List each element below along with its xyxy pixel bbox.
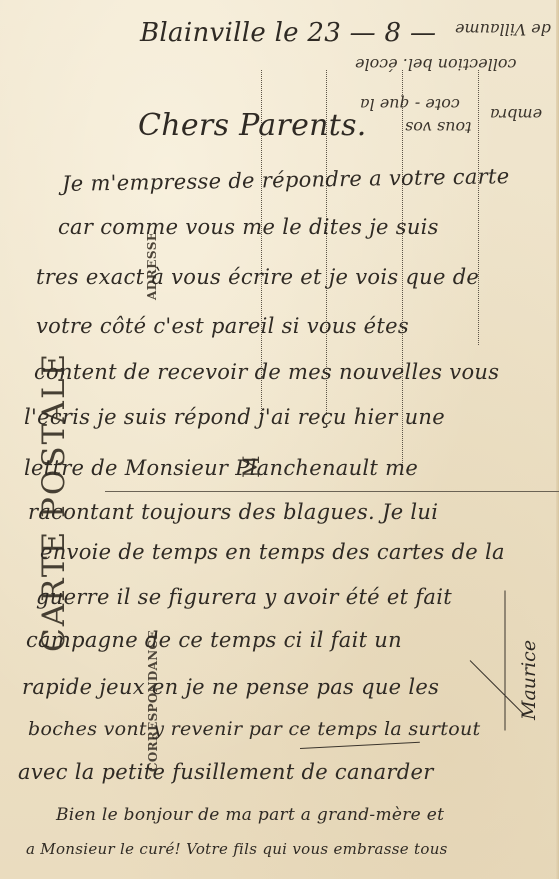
letter-line: l'ecris je suis répond j'ai reçu hier un… bbox=[24, 405, 445, 429]
letter-line: votre côté c'est pareil si vous étes bbox=[36, 314, 409, 338]
upside-down-note: tous vos bbox=[405, 118, 472, 137]
letter-line: rapide jeux en je ne pense pas que les bbox=[22, 675, 439, 699]
letter-line: guerre il se figurera y avoir été et fai… bbox=[36, 585, 452, 609]
letter-line: Bien le bonjour de ma part a grand-mère … bbox=[56, 805, 444, 825]
letter-line: campagne de ce temps ci il fait un bbox=[26, 628, 402, 652]
letter-line: car comme vous me le dites je suis bbox=[58, 215, 439, 239]
margin-signature: Maurice bbox=[518, 640, 540, 720]
letter-line: content de recevoir de mes nouvelles vou… bbox=[34, 360, 499, 384]
upside-down-note: cote - que la bbox=[360, 95, 460, 114]
place-date: Blainville le 23 — 8 — bbox=[140, 18, 436, 48]
horizontal-rule bbox=[105, 491, 559, 492]
upside-down-note: embra bbox=[490, 105, 542, 124]
salutation: Chers Parents. bbox=[138, 108, 367, 143]
letter-line: avec la petite fusillement de canarder bbox=[18, 760, 434, 784]
pen-stroke bbox=[505, 591, 506, 731]
address-rule-line bbox=[478, 70, 479, 345]
letter-line: lettre de Monsieur Planchenault me bbox=[24, 456, 418, 480]
letter-line: tres exact à vous écrire et je vois que … bbox=[36, 265, 479, 289]
pen-stroke bbox=[300, 742, 420, 749]
letter-line: racontant toujours des blagues. Je lui bbox=[28, 500, 438, 524]
letter-line: boches vont y revenir par ce temps la su… bbox=[28, 718, 480, 740]
pen-stroke bbox=[470, 660, 524, 714]
upside-down-note: collection bel. école bbox=[355, 55, 516, 74]
postcard-back: CARTE POSTALE ADRESSE CORRESPONDANCE M d… bbox=[0, 0, 559, 879]
letter-line: a Monsieur le curé! Votre fils qui vous … bbox=[26, 840, 448, 858]
letter-line: Je m'empresse de répondre a votre carte bbox=[62, 164, 510, 196]
upside-down-note: de Villaume bbox=[455, 20, 551, 39]
letter-line: envoie de temps en temps des cartes de l… bbox=[40, 540, 505, 564]
